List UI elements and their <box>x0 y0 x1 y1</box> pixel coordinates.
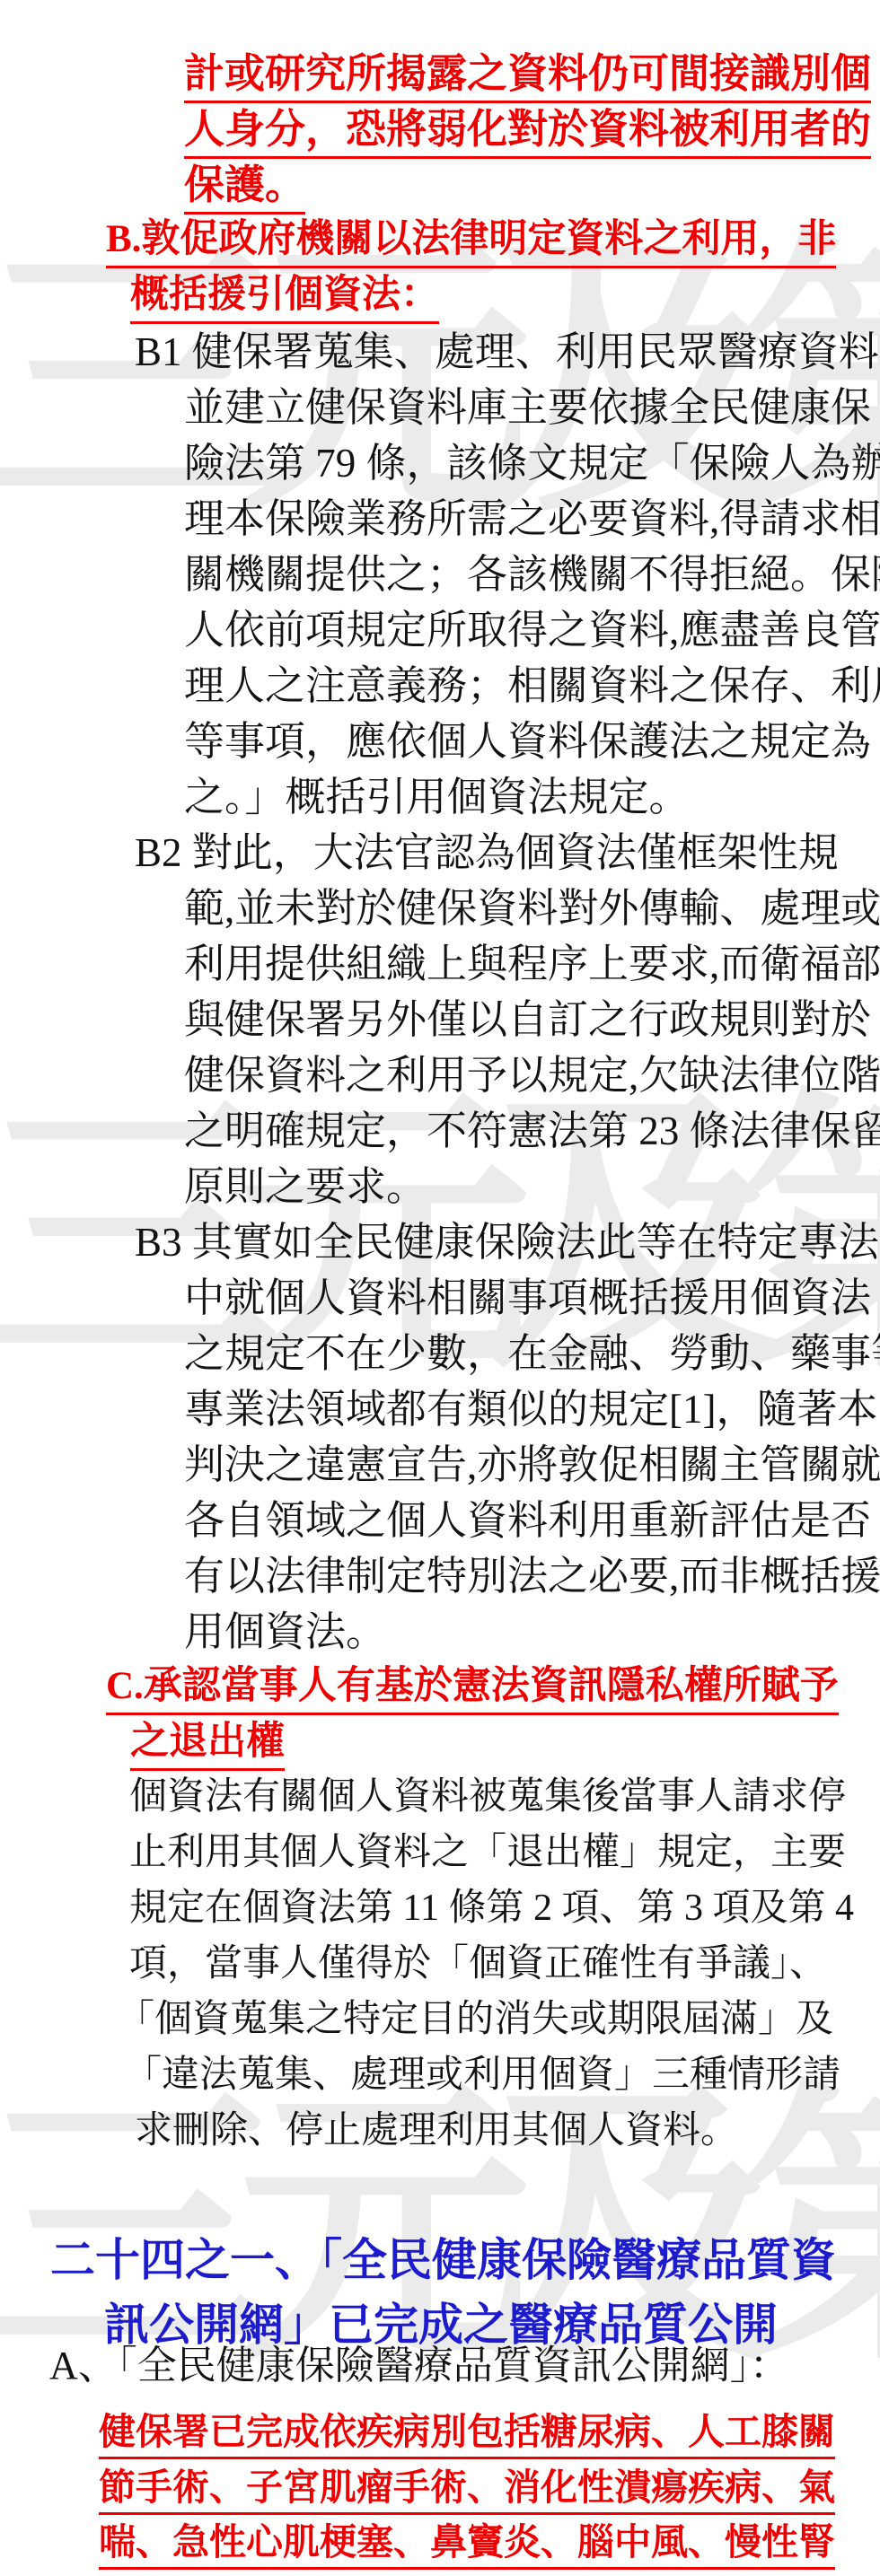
section-title-line: 二十四之一、「全民健康保險醫療品質資 <box>50 2233 836 2287</box>
line-text: 項，當事人僅得於「個資正確性有爭議」、 <box>129 1943 827 1985</box>
line-text: 理本保險業務所需之必要資料,得請求相 <box>184 496 880 541</box>
red-underline-line: 之退出權 <box>130 1719 285 1771</box>
line-text: 中就個人資料相關事項概括援用個資法 <box>184 1275 871 1320</box>
line-text: 規定在個資法第 11 條第 2 項、第 3 項及第 4 <box>129 1888 854 1929</box>
body-text-line: B2 對此，大法官認為個資法僅框架性規 <box>135 828 839 877</box>
body-text-line: B1 健保署蒐集、處理、利用民眾醫療資料 <box>135 328 879 376</box>
body-text-line: 人依前項規定所取得之資料,應盡善良管 <box>184 606 880 654</box>
body-text-line: 止利用其個人資料之「退出權」規定，主要 <box>129 1830 846 1875</box>
body-text-line: 規定在個資法第 11 條第 2 項、第 3 項及第 4 <box>129 1886 854 1931</box>
document-page: 三元及第三元及第三元及第計或研究所揭露之資料仍可間接識別個人身分，恐將弱化對於資… <box>0 0 880 2576</box>
line-text: 計或研究所揭露之資料仍可間接識別個 <box>184 49 871 103</box>
line-text: 與健保署另外僅以自訂之行政規則對於 <box>184 997 871 1042</box>
line-text: 關機關提供之；各該機關不得拒絕。保險 <box>184 552 880 597</box>
body-text-line: 並建立健保資料庫主要依據全民健康保 <box>184 383 871 432</box>
line-text: 節手術、子宮肌瘤手術、消化性潰瘍疾病、氣 <box>99 2466 835 2515</box>
line-text: 「違法蒐集、處理或利用個資」三種情形請 <box>124 2055 840 2096</box>
body-text-line: 之明確規定，不符憲法第 23 條法律保留 <box>184 1107 880 1155</box>
red-underline-line: 人身分，恐將弱化對於資料被利用者的 <box>184 105 871 159</box>
line-text: 求刪除、停止處理利用其個人資料。 <box>135 2110 738 2151</box>
body-text-line: 項，當事人僅得於「個資正確性有爭議」、 <box>129 1941 827 1986</box>
line-text: 範,並未對於健保資料對外傳輸、處理或 <box>184 886 880 931</box>
line-text: 個資法有關個人資料被蒐集後當事人請求停 <box>129 1776 846 1818</box>
red-underline-line: 保護。 <box>184 161 305 215</box>
body-text-line: 與健保署另外僅以自訂之行政規則對於 <box>184 995 871 1044</box>
red-underline-line: B.敦促政府機關以法律明定資料之利用，非 <box>106 216 836 268</box>
body-text-line: 判決之違憲宣告,亦將敦促相關主管關就 <box>184 1441 880 1489</box>
red-underline-line: 健保署已完成依疾病別包括糖尿病、人工膝關 <box>99 2410 835 2459</box>
line-text: 人身分，恐將弱化對於資料被利用者的 <box>184 105 871 159</box>
red-underline-line: 概括援引個資法： <box>130 272 439 324</box>
line-text: C.承認當事人有基於憲法資訊隱私權所賦予 <box>106 1663 839 1715</box>
body-text-line: 之。」概括引用個資法規定。 <box>184 773 690 821</box>
line-text: 概括援引個資法： <box>130 272 439 324</box>
line-text: 等事項，應依個人資料保護法之規定為 <box>184 719 871 764</box>
body-text-line: 理本保險業務所需之必要資料,得請求相 <box>184 495 880 543</box>
line-text: 各自領域之個人資料利用重新評估是否 <box>184 1498 871 1543</box>
line-text: 健保署已完成依疾病別包括糖尿病、人工膝關 <box>99 2410 835 2459</box>
body-text-line: 健保資料之利用予以規定,欠缺法律位階 <box>184 1051 880 1100</box>
red-underline-line: 計或研究所揭露之資料仍可間接識別個 <box>184 49 871 103</box>
body-text-line: B3 其實如全民健康保險法此等在特定專法 <box>135 1218 879 1266</box>
body-text-line: 之規定不在少數，在金融、勞動、藥事等 <box>184 1329 880 1378</box>
line-text: B2 對此，大法官認為個資法僅框架性規 <box>135 830 839 875</box>
line-text: B.敦促政府機關以法律明定資料之利用，非 <box>106 216 836 268</box>
line-text: B3 其實如全民健康保險法此等在特定專法 <box>135 1220 879 1265</box>
red-underline-line: 喘、急性心肌梗塞、鼻竇炎、腦中風、慢性腎 <box>99 2520 835 2570</box>
line-text: 用個資法。 <box>184 1609 386 1654</box>
line-text: 利用提供組織上與程序上要求,而衛福部 <box>184 942 880 986</box>
line-text: B1 健保署蒐集、處理、利用民眾醫療資料 <box>135 329 879 374</box>
line-text: 喘、急性心肌梗塞、鼻竇炎、腦中風、慢性腎 <box>99 2520 835 2570</box>
line-text: 之明確規定，不符憲法第 23 條法律保留 <box>184 1108 880 1153</box>
line-text: 險法第 79 條，該條文規定「保險人為辦 <box>184 441 880 486</box>
body-text-line: 原則之要求。 <box>184 1162 427 1211</box>
body-text-line: 專業法領域都有類似的規定[1]，隨著本 <box>184 1385 877 1433</box>
line-text: 二十四之一、「全民健康保險醫療品質資 <box>50 2235 836 2285</box>
body-text-line: 用個資法。 <box>184 1608 386 1656</box>
line-text: 健保資料之利用予以規定,欠缺法律位階 <box>184 1053 880 1098</box>
line-text: 止利用其個人資料之「退出權」規定，主要 <box>129 1832 846 1873</box>
line-text: 之規定不在少數，在金融、勞動、藥事等 <box>184 1331 880 1376</box>
body-text-line: 求刪除、停止處理利用其個人資料。 <box>135 2108 738 2153</box>
watermark-text: 三元及第 <box>0 224 880 536</box>
body-text-line: 範,並未對於健保資料對外傳輸、處理或 <box>184 884 880 933</box>
body-text-line: 等事項，應依個人資料保護法之規定為 <box>184 717 871 766</box>
body-text-line: 有以法律制定特別法之必要,而非概括援 <box>184 1552 880 1600</box>
body-text-line: 理人之注意義務；相關資料之保存、利用 <box>184 662 880 710</box>
line-text: A、「全民健康保險醫療品質資訊公開網」： <box>49 2344 789 2388</box>
line-text: 判決之違憲宣告,亦將敦促相關主管關就 <box>184 1442 880 1487</box>
line-text: 理人之注意義務；相關資料之保存、利用 <box>184 663 880 708</box>
line-text: 有以法律制定特別法之必要,而非概括援 <box>184 1554 880 1599</box>
line-text: 之退出權 <box>130 1719 285 1771</box>
body-text-line: 「違法蒐集、處理或利用個資」三種情形請 <box>124 2053 840 2098</box>
line-text: 「個資蒐集之特定目的消失或期限屆滿」及 <box>117 1999 833 2040</box>
line-text: 專業法領域都有類似的規定[1]，隨著本 <box>184 1387 877 1432</box>
body-text-line: 個資法有關個人資料被蒐集後當事人請求停 <box>129 1774 846 1819</box>
body-text-line: 「個資蒐集之特定目的消失或期限屆滿」及 <box>117 1997 833 2042</box>
line-text: 人依前項規定所取得之資料,應盡善良管 <box>184 608 880 653</box>
red-underline-line: 節手術、子宮肌瘤手術、消化性潰瘍疾病、氣 <box>99 2466 835 2515</box>
body-text-line: 利用提供組織上與程序上要求,而衛福部 <box>184 940 880 988</box>
line-text: 並建立健保資料庫主要依據全民健康保 <box>184 385 871 430</box>
body-text-line: 中就個人資料相關事項概括援用個資法 <box>184 1274 871 1322</box>
body-text-line: 險法第 79 條，該條文規定「保險人為辦 <box>184 439 880 487</box>
body-text-line: A、「全民健康保險醫療品質資訊公開網」： <box>49 2343 789 2390</box>
body-text-line: 關機關提供之；各該機關不得拒絕。保險 <box>184 550 880 599</box>
body-text-line: 各自領域之個人資料利用重新評估是否 <box>184 1496 871 1545</box>
red-underline-line: C.承認當事人有基於憲法資訊隱私權所賦予 <box>106 1663 839 1715</box>
line-text: 之。」概括引用個資法規定。 <box>184 775 690 819</box>
line-text: 原則之要求。 <box>184 1164 427 1209</box>
line-text: 保護。 <box>184 161 305 215</box>
